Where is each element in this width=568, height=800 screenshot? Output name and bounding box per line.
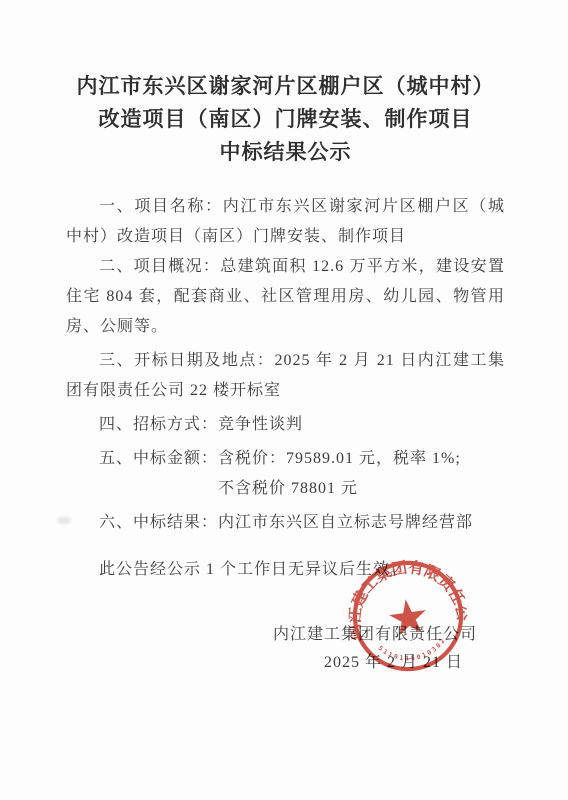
paragraph-closing-note: 此公告经公示 1 个工作日无异议后生效。: [66, 555, 505, 585]
title-line-1: 内江市东兴区谢家河片区棚户区（城中村）: [66, 70, 505, 103]
title-line-3: 中标结果公示: [66, 136, 505, 169]
document-page: 内江市东兴区谢家河片区棚户区（城中村） 改造项目（南区）门牌安装、制作项目 中标…: [0, 0, 568, 800]
title-line-2: 改造项目（南区）门牌安装、制作项目: [66, 103, 505, 136]
paragraph-project-name: 一、项目名称：内江市东兴区谢家河片区棚户区（城中村）改造项目（南区）门牌安装、制…: [66, 192, 505, 252]
paragraph-bid-amount-excl-tax: 不含税价 78801 元: [66, 474, 505, 504]
document-body: 一、项目名称：内江市东兴区谢家河片区棚户区（城中村）改造项目（南区）门牌安装、制…: [66, 192, 505, 585]
paragraph-project-overview: 二、项目概况：总建筑面积 12.6 万平方米，建设安置住宅 804 套，配套商业…: [66, 252, 505, 342]
signature-date: 2025 年 2 月 21 日: [66, 649, 505, 677]
paragraph-bid-opening: 三、开标日期及地点：2025 年 2 月 21 日内江建工集团有限责任公司 22…: [66, 346, 505, 406]
signature-block: 内江建工集团有限责任公司 2025 年 2 月 21 日: [66, 621, 505, 677]
paragraph-bid-amount: 五、中标金额：含税价：79589.01 元，税率 1%;: [66, 444, 505, 474]
scan-artifact: [56, 516, 72, 525]
document-content: 内江市东兴区谢家河片区棚户区（城中村） 改造项目（南区）门牌安装、制作项目 中标…: [66, 0, 505, 677]
paragraph-bid-method: 四、招标方式：竞争性谈判: [66, 410, 505, 440]
paragraph-bid-result: 六、中标结果：内江市东兴区自立标志号牌经营部: [66, 508, 505, 538]
document-title: 内江市东兴区谢家河片区棚户区（城中村） 改造项目（南区）门牌安装、制作项目 中标…: [66, 70, 505, 169]
signature-company: 内江建工集团有限责任公司: [66, 621, 505, 649]
